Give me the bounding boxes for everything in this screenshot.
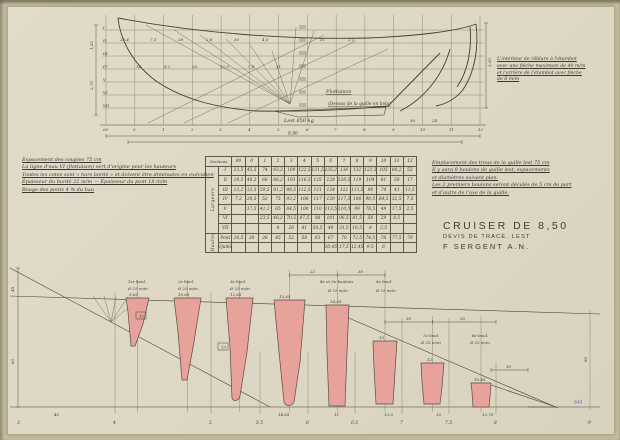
offsets-cell: 32,5 bbox=[390, 195, 403, 205]
svg-text:30: 30 bbox=[234, 37, 240, 42]
offsets-cell: 59,5 bbox=[258, 185, 271, 195]
note-line: La ligne d'eau VI (flottaison) sert d'or… bbox=[22, 164, 212, 171]
offsets-cell: IV bbox=[219, 195, 232, 205]
svg-text:7: 7 bbox=[400, 421, 403, 426]
svg-text:28: 28 bbox=[177, 37, 184, 42]
station-grid bbox=[102, 15, 484, 125]
keel-top-line bbox=[10, 296, 600, 314]
svg-text:5,5: 5,5 bbox=[256, 421, 263, 426]
offsets-cell: 29 bbox=[377, 214, 390, 224]
offsets-cell: 45,5 bbox=[245, 166, 258, 176]
svg-text:10,45: 10,45 bbox=[474, 377, 486, 382]
offsets-cell: 77,5 bbox=[390, 233, 403, 243]
offsets-cell: 121 bbox=[311, 185, 324, 195]
svg-text:00: 00 bbox=[103, 127, 109, 132]
keel-station-numbers: 3 4 5 5,5 6 6,5 7 7,5 8 9 bbox=[17, 421, 591, 426]
svg-text:14,35: 14,35 bbox=[330, 299, 342, 304]
offsets-cell: 125 bbox=[311, 176, 324, 186]
svg-text:0: 0 bbox=[133, 127, 136, 132]
svg-text:5: 5 bbox=[277, 127, 280, 132]
offsets-cell: 16,5 bbox=[351, 224, 364, 234]
svg-text:8e boul.: 8e boul. bbox=[472, 333, 488, 338]
hull-outline bbox=[118, 18, 477, 111]
offsets-cell: 100 bbox=[298, 204, 311, 214]
offsets-cell: 74 bbox=[377, 185, 390, 195]
offsets-cell bbox=[245, 214, 258, 224]
offsets-cell: 11 bbox=[390, 157, 403, 167]
offsets-cell: 50,5 bbox=[311, 224, 324, 234]
offsets-cell: 23,5 bbox=[258, 214, 271, 224]
offsets-cell: 38 bbox=[258, 233, 271, 243]
offsets-cell: 131,5 bbox=[311, 166, 324, 176]
svg-text:7e boul.: 7e boul. bbox=[423, 333, 439, 338]
offsets-cell: 119 bbox=[351, 176, 364, 186]
offsets-cell: 122,5 bbox=[298, 166, 311, 176]
svg-text:10: 10 bbox=[420, 127, 426, 132]
offsets-cell: 31,5 bbox=[337, 224, 350, 234]
svg-text:5: 5 bbox=[209, 421, 212, 426]
svg-text:3: 3 bbox=[17, 421, 20, 426]
offsets-cell bbox=[232, 204, 245, 214]
svg-text:11: 11 bbox=[334, 412, 339, 417]
offsets-cell bbox=[245, 224, 258, 234]
offsets-cell: 122 bbox=[337, 185, 350, 195]
svg-text:7,5: 7,5 bbox=[445, 421, 452, 426]
svg-text:30: 30 bbox=[410, 118, 416, 123]
offsets-cell: 96,5 bbox=[337, 214, 350, 224]
svg-text:6: 6 bbox=[306, 127, 309, 132]
offsets-cell: 26 bbox=[285, 224, 298, 234]
offsets-cell: 58 bbox=[298, 233, 311, 243]
general-notes: Espacement des couples 75 cm La ligne d'… bbox=[22, 157, 212, 194]
offsets-cell: 24,5 bbox=[232, 233, 245, 243]
offsets-cell: 135,2 bbox=[324, 166, 337, 176]
svg-text:7,5: 7,5 bbox=[150, 37, 157, 42]
offsets-cell: 50 bbox=[390, 176, 403, 186]
offsets-cell: 117 bbox=[311, 195, 324, 205]
offsets-cell: 52 bbox=[285, 233, 298, 243]
offsets-cell: 41,2 bbox=[258, 204, 271, 214]
svg-text:4: 4 bbox=[112, 421, 116, 426]
offsets-cell: 72,5 bbox=[351, 233, 364, 243]
offsets-cell: Quille bbox=[219, 243, 232, 253]
offsets-cell: 108 bbox=[351, 195, 364, 205]
svg-text:4: 4 bbox=[247, 127, 251, 132]
svg-text:13,65: 13,65 bbox=[279, 294, 291, 299]
offsets-cell: 78,5 bbox=[364, 204, 377, 214]
offsets-cell: Pont bbox=[219, 233, 232, 243]
svg-text:Ø 25 m/m: Ø 25 m/m bbox=[229, 286, 250, 291]
svg-text:2,8: 2,8 bbox=[205, 37, 213, 42]
offsets-cell: 101 bbox=[324, 214, 337, 224]
svg-text:13: 13 bbox=[379, 335, 385, 340]
drawing-subtitle: DEVIS DE TRACÉ. LEST bbox=[443, 234, 569, 240]
offsets-cell: 0 bbox=[245, 157, 258, 167]
svg-text:51: 51 bbox=[320, 37, 325, 42]
offsets-cell: Largeurs bbox=[206, 166, 219, 233]
offsets-cell: 7,2 bbox=[232, 195, 245, 205]
svg-text:2e boul.: 2e boul. bbox=[177, 279, 194, 284]
left-dim-lower: 2,70 bbox=[89, 81, 94, 91]
svg-text:14,65: 14,65 bbox=[278, 412, 290, 417]
aft-taper-line bbox=[330, 310, 558, 408]
offsets-cell: 113,5 bbox=[324, 204, 337, 214]
svg-text:30: 30 bbox=[506, 364, 512, 369]
offsets-cell bbox=[403, 243, 416, 253]
offsets-cell: 74,5 bbox=[364, 233, 377, 243]
offsets-cell: 84,5 bbox=[285, 204, 298, 214]
offsets-cell: VI bbox=[219, 214, 232, 224]
offsets-cell bbox=[390, 224, 403, 234]
note-line: avec une flèche maximum de 40 m/m bbox=[497, 64, 617, 71]
svg-text:Ø 25 m/m: Ø 25 m/m bbox=[420, 340, 441, 345]
svg-text:12: 12 bbox=[478, 127, 484, 132]
svg-text:8: 8 bbox=[363, 127, 366, 132]
ballast-outline bbox=[274, 107, 386, 117]
offsets-cell: 52 bbox=[403, 166, 416, 176]
svg-text:23,4: 23,4 bbox=[119, 37, 129, 42]
offsets-cell: 112,5 bbox=[298, 185, 311, 195]
offsets-cell: 122,5 bbox=[364, 166, 377, 176]
offsets-cell: 126,5 bbox=[337, 176, 350, 186]
svg-text:30: 30 bbox=[358, 269, 364, 274]
offsets-cell: 66 bbox=[258, 176, 271, 186]
svg-text:10,65: 10,65 bbox=[178, 292, 190, 297]
offsets-cell: 64,5 bbox=[377, 195, 390, 205]
offsets-cell: 12 bbox=[403, 157, 416, 167]
offsets-cell: 90,5 bbox=[364, 195, 377, 205]
offsets-cell bbox=[232, 243, 245, 253]
svg-text:I: I bbox=[102, 25, 105, 30]
offsets-cell: 30 bbox=[245, 233, 258, 243]
offsets-cell: 52 bbox=[258, 195, 271, 205]
offsets-cell: 1 bbox=[258, 157, 271, 167]
offsets-cell bbox=[285, 243, 298, 253]
offsets-cell: 93,2 bbox=[271, 166, 284, 176]
offsets-cell: 2 bbox=[271, 157, 284, 167]
svg-text:13: 13 bbox=[221, 345, 227, 350]
offsets-cell: 70 bbox=[337, 233, 350, 243]
svg-text:V: V bbox=[103, 77, 107, 82]
offsets-cell: 116,5 bbox=[298, 176, 311, 186]
offsets-cell: 132 bbox=[351, 166, 364, 176]
offsets-cell bbox=[403, 224, 416, 234]
svg-text:6,5: 6,5 bbox=[351, 421, 358, 426]
stern-note: L'intérieur de râblure à l'étambot avec … bbox=[497, 57, 617, 84]
offsets-cell: 87,5 bbox=[298, 214, 311, 224]
aft-end-outline bbox=[491, 385, 556, 407]
svg-text:12,65: 12,65 bbox=[230, 292, 242, 297]
offsets-cell: 10 bbox=[377, 157, 390, 167]
offsets-cell bbox=[311, 243, 324, 253]
svg-text:12: 12 bbox=[427, 357, 433, 362]
svg-text:11: 11 bbox=[449, 127, 454, 132]
svg-text:13,5: 13,5 bbox=[384, 412, 393, 417]
svg-text:IV: IV bbox=[102, 64, 109, 69]
offsets-cell: 136 bbox=[337, 166, 350, 176]
waterline-labels: I II III IV V VI VII bbox=[102, 25, 109, 108]
offsets-cell: 40,2 bbox=[245, 176, 258, 186]
svg-text:50: 50 bbox=[460, 316, 466, 321]
offsets-cell: 2,5 bbox=[377, 224, 390, 234]
svg-text:6e boul.: 6e boul. bbox=[376, 279, 392, 284]
svg-text:9: 9 bbox=[392, 127, 395, 132]
offsets-cell: 8 bbox=[364, 224, 377, 234]
offsets-cell: 00 bbox=[232, 157, 245, 167]
offsets-cell: 33,5 bbox=[245, 185, 258, 195]
svg-text:7: 7 bbox=[334, 127, 337, 132]
lest-weight-label: Lest 850 kg bbox=[283, 118, 314, 124]
offsets-cell: 8,5 bbox=[390, 214, 403, 224]
offsets-cell: Sections bbox=[206, 157, 232, 167]
offsets-cell: 26,5 bbox=[245, 195, 258, 205]
offsets-cell: 109 bbox=[285, 166, 298, 176]
svg-text:II: II bbox=[102, 38, 107, 43]
offsets-cell: 6 bbox=[377, 243, 390, 253]
svg-text:2: 2 bbox=[190, 127, 194, 132]
offsets-cell: 58 bbox=[364, 214, 377, 224]
offsets-table: Sections000123456789101112LargeursI23,54… bbox=[205, 156, 417, 253]
offsets-cell: 108 bbox=[298, 195, 311, 205]
offsets-cell: 9 bbox=[364, 157, 377, 167]
offset-dims-row-b: 14 8,2 26 12,5 7,8 31 bbox=[136, 64, 281, 69]
offsets-cell: I bbox=[219, 166, 232, 176]
svg-text:1er boul.: 1er boul. bbox=[128, 279, 146, 284]
svg-text:12: 12 bbox=[139, 314, 145, 319]
offsets-cell: 86,2 bbox=[271, 176, 284, 186]
offsets-cell: VII bbox=[219, 224, 232, 234]
offsets-cell: 17 bbox=[403, 176, 416, 186]
offsets-cell bbox=[403, 214, 416, 224]
offsets-cell: 128 bbox=[324, 176, 337, 186]
svg-text:VII: VII bbox=[103, 103, 109, 108]
note-line: L'intérieur de râblure à l'étambot bbox=[497, 57, 617, 64]
offsets-cell: 41 bbox=[298, 224, 311, 234]
offsets-cell: 9,5 bbox=[364, 243, 377, 253]
svg-text:22: 22 bbox=[309, 269, 316, 274]
offsets-cell: 17,5 bbox=[390, 204, 403, 214]
svg-text:3e boul.: 3e boul. bbox=[230, 279, 246, 284]
offsets-cell: 49 bbox=[377, 204, 390, 214]
offsets-cell: 117,5 bbox=[337, 195, 350, 205]
drawing-title: CRUISER DE 8,50 bbox=[443, 220, 569, 232]
svg-text:31: 31 bbox=[276, 64, 281, 69]
svg-text:80: 80 bbox=[583, 356, 588, 362]
offsets-cell: 23,5 bbox=[232, 166, 245, 176]
svg-text:4,5: 4,5 bbox=[261, 37, 269, 42]
offsets-cell bbox=[390, 243, 403, 253]
drawing-number: 849 bbox=[574, 400, 583, 406]
svg-text:Ø 25 m/m: Ø 25 m/m bbox=[469, 340, 490, 345]
offsets-cell: III bbox=[219, 185, 232, 195]
keel-top-label: (Dessus de la quille en bois) bbox=[328, 102, 391, 107]
offsets-cell bbox=[298, 243, 311, 253]
svg-text:3: 3 bbox=[219, 127, 222, 132]
offsets-cell: 110 bbox=[311, 204, 324, 214]
svg-text:4e et 5e boulons: 4e et 5e boulons bbox=[319, 279, 353, 284]
flottaison-label: Flottaison bbox=[325, 89, 351, 95]
offsets-cell: 2,5 bbox=[403, 204, 416, 214]
offsets-cell bbox=[245, 243, 258, 253]
stern-dims: 30 24 bbox=[410, 118, 438, 123]
svg-text:60: 60 bbox=[10, 358, 15, 364]
svg-text:VI: VI bbox=[103, 90, 108, 95]
offsets-cell: 4 bbox=[298, 157, 311, 167]
offsets-cell: II bbox=[219, 176, 232, 186]
svg-text:26: 26 bbox=[191, 64, 198, 69]
svg-text:7,8: 7,8 bbox=[248, 64, 255, 69]
offsets-cell: 3 bbox=[285, 157, 298, 167]
note-line: Bouge des ponts 4 % du bau bbox=[22, 187, 212, 194]
offsets-cell bbox=[271, 243, 284, 253]
svg-text:30: 30 bbox=[406, 316, 412, 321]
right-dim: 2,50 bbox=[487, 58, 492, 68]
svg-text:6: 6 bbox=[306, 421, 309, 426]
offsets-cell: 80,2 bbox=[390, 166, 403, 176]
svg-text:40: 40 bbox=[53, 412, 60, 417]
svg-text:12,5: 12,5 bbox=[220, 64, 229, 69]
keel-dimension-lines bbox=[16, 268, 528, 407]
svg-text:Ø 25 m/m: Ø 25 m/m bbox=[127, 286, 148, 291]
note-line: Épaisseur du bordé 22 m/m — Épaisseur du… bbox=[22, 179, 212, 186]
offsets-cell: 10,45 bbox=[324, 243, 337, 253]
offsets-cell: 98,5 bbox=[285, 185, 298, 195]
svg-text:2,2: 2,2 bbox=[347, 37, 355, 42]
offsets-cell: 104 bbox=[364, 176, 377, 186]
offsets-cell bbox=[232, 214, 245, 224]
author-name: F SERGENT A.N. bbox=[443, 242, 569, 251]
offsets-cell: 67 bbox=[324, 233, 337, 243]
offsets-cell: 76 bbox=[377, 233, 390, 243]
ballast-keel-drawing: 1er boul. Ø 25 m/m 2e boul. Ø 25 m/m 3e … bbox=[8, 252, 612, 438]
offsets-cell: 70,5 bbox=[285, 214, 298, 224]
svg-text:8,2: 8,2 bbox=[164, 64, 171, 69]
offsets-cell: 45 bbox=[271, 233, 284, 243]
offsets-cell: 75 bbox=[271, 195, 284, 205]
offsets-cell: 17,5 bbox=[245, 204, 258, 214]
length-dim: 8,50 bbox=[288, 132, 298, 137]
svg-text:Ø 25 m/m: Ø 25 m/m bbox=[177, 286, 198, 291]
offsets-cell: V bbox=[219, 204, 232, 214]
offsets-cell: 49 bbox=[324, 224, 337, 234]
offsets-cell: 48,2 bbox=[271, 214, 284, 224]
offsets-cell: 110,5 bbox=[337, 204, 350, 214]
offsets-cell: 105 bbox=[377, 166, 390, 176]
offset-dims-row-a: 23,4 7,5 28 2,8 30 4,5 51 2,2 bbox=[119, 37, 355, 42]
offsets-cell: 120 bbox=[324, 195, 337, 205]
svg-text:24: 24 bbox=[431, 118, 438, 123]
offsets-cell: 103 bbox=[285, 176, 298, 186]
offsets-cell: 93,2 bbox=[285, 195, 298, 205]
title-block: CRUISER DE 8,50 DEVIS DE TRACÉ. LEST F S… bbox=[443, 220, 569, 251]
offsets-cell: 81 bbox=[377, 176, 390, 186]
offsets-cell: 74 bbox=[258, 166, 271, 176]
svg-text:9,65: 9,65 bbox=[129, 292, 138, 297]
left-dim-upper: 1,52 bbox=[89, 41, 94, 50]
svg-text:Ø 25 m/m: Ø 25 m/m bbox=[327, 288, 348, 293]
svg-text:10: 10 bbox=[436, 412, 442, 417]
offsets-cell: 8 bbox=[351, 157, 364, 167]
note-line: Il y aura 8 boulons de quille lest, espa… bbox=[432, 167, 607, 174]
offsets-cell: 99 bbox=[351, 204, 364, 214]
offsets-cell: 7,5 bbox=[403, 195, 416, 205]
offsets-cell bbox=[232, 224, 245, 234]
offsets-cell: 6 bbox=[324, 157, 337, 167]
svg-text:8: 8 bbox=[494, 421, 497, 426]
keel-sections bbox=[126, 298, 491, 407]
offsets-cell: 17,5 bbox=[337, 243, 350, 253]
note-line: de 8 m/m bbox=[497, 77, 617, 84]
offsets-table-wrap: Sections000123456789101112LargeursI23,54… bbox=[205, 156, 417, 253]
svg-text:48: 48 bbox=[10, 286, 15, 293]
keel-bolt-notes: Emplacement des trous de la quille lest … bbox=[432, 160, 607, 197]
hull-profile-drawing: Flottaison (Dessus de la quille en bois)… bbox=[88, 5, 512, 150]
offsets-cell: 113,5 bbox=[351, 185, 364, 195]
svg-text:1: 1 bbox=[162, 127, 165, 132]
offsets-cell: 124 bbox=[324, 185, 337, 195]
offsets-cell: 63 bbox=[311, 233, 324, 243]
note-line: et d'autre de l'axe de la quille. bbox=[432, 190, 607, 197]
scanned-boat-plan: Flottaison (Dessus de la quille en bois)… bbox=[0, 0, 620, 440]
note-line: Les 2 premiers boulons seront décalés de… bbox=[432, 182, 607, 189]
offsets-cell bbox=[258, 243, 271, 253]
offsets-cell: 79 bbox=[403, 233, 416, 243]
note-line: Emplacement des trous de la quille lest … bbox=[432, 160, 607, 167]
offsets-cell: 81,5 bbox=[351, 214, 364, 224]
offsets-cell: Hauteurs bbox=[206, 233, 219, 252]
offsets-cell: 81,2 bbox=[271, 185, 284, 195]
offsets-cell: 65 bbox=[271, 204, 284, 214]
offsets-cell: 12,45 bbox=[351, 243, 364, 253]
offsets-cell: 11,5 bbox=[403, 185, 416, 195]
offsets-cell: 7 bbox=[337, 157, 350, 167]
offsets-cell: 13,2 bbox=[232, 185, 245, 195]
offsets-cell: 43 bbox=[390, 185, 403, 195]
svg-text:Ø 25 m/m: Ø 25 m/m bbox=[375, 288, 396, 293]
offsets-cell: 19,5 bbox=[232, 176, 245, 186]
svg-text:9: 9 bbox=[588, 421, 591, 426]
offsets-cell bbox=[258, 224, 271, 234]
svg-text:12,75: 12,75 bbox=[482, 412, 494, 417]
offsets-cell: 98 bbox=[311, 214, 324, 224]
offsets-cell: 5 bbox=[311, 157, 324, 167]
offsets-cell: 98 bbox=[364, 185, 377, 195]
offsets-cell: 8 bbox=[271, 224, 284, 234]
svg-text:III: III bbox=[102, 51, 108, 56]
svg-text:14: 14 bbox=[136, 64, 142, 69]
